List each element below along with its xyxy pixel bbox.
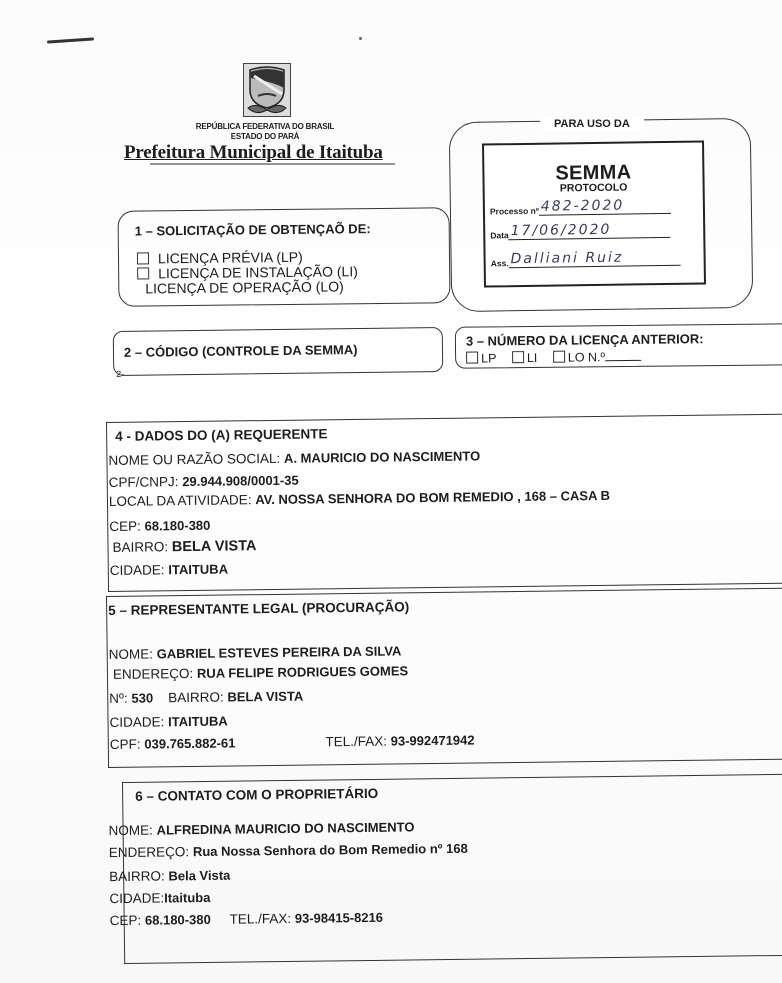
applicant-cidade: ITAITUBA [168, 562, 228, 578]
field-nome: NOME OU RAZÃO SOCIAL: A. MAURICIO DO NAS… [108, 448, 480, 468]
rep-cpf: 039.765.882-61 [144, 735, 235, 751]
rep-cpf-tel: CPF: 039.765.882-61TEL./FAX: 93-99247194… [110, 733, 475, 752]
section4-title: 4 - DADOS DO (A) REQUERENTE [115, 426, 327, 444]
section6-title: 6 – CONTATO COM O PROPRIETÁRIO [135, 786, 378, 804]
rep-cidade: CIDADE: ITAITUBA [109, 714, 227, 730]
owner-cep-tel: CEP: 68.180-380 TEL./FAX: 93-98415-8216 [110, 910, 383, 928]
owner-bairro: BAIRRO: Bela Vista [109, 868, 230, 884]
processo-label: Processo nº [490, 206, 539, 217]
field-cep: CEP: 68.180-380 [109, 518, 210, 534]
field-bairro: BAIRRO: BELA VISTA [112, 538, 256, 556]
municipal-crest-icon [243, 63, 291, 117]
owner-city: Itaituba [164, 890, 210, 906]
number-label: N.º [588, 350, 605, 364]
rep-number: 530 [131, 690, 153, 705]
owner-cidade: CIDADE:Itaituba [109, 890, 210, 906]
section3-title: 3 – NÚMERO DA LICENÇA ANTERIOR: [466, 331, 704, 348]
section-applicant: 4 - DADOS DO (A) REQUERENTE NOME OU RAZÃ… [106, 414, 782, 592]
signature-field: Ass.Dalliani Ruiz [491, 249, 681, 269]
protocol-title: PARA USO DA [540, 118, 644, 130]
rep-address: RUA FELIPE RODRIGUES GOMES [197, 663, 408, 681]
signature-value: Dalliani Ruiz [508, 249, 680, 268]
owner-name: ALFREDINA MAURICIO DO NASCIMENTO [157, 819, 415, 837]
applicant-cnpj: 29.944.908/0001-35 [182, 473, 299, 489]
dust-speck [359, 37, 362, 40]
prev-lp-label: LP [481, 351, 496, 365]
checkbox-prev-lo[interactable] [553, 351, 565, 363]
header-republic: REPÚBLICA FEDERATIVA DO BRASIL ESTADO DO… [150, 122, 380, 142]
checkbox-li[interactable] [137, 267, 149, 279]
semma-protocol-stamp: SEMMA PROTOCOLO Processo nº482-2020 Data… [482, 140, 706, 287]
rep-phone: 93-992471942 [391, 733, 475, 749]
owner-endereco: ENDEREÇO: Rua Nossa Senhora do Bom Remed… [109, 841, 468, 860]
prefecture-title: Prefeitura Municipal de Itaituba [124, 142, 383, 164]
prev-lo-label: LO [568, 350, 585, 364]
activity-location: AV. NOSSA SENHORA DO BOM REMEDIO , 168 –… [255, 488, 610, 507]
section-code: 2 – CÓDIGO (CONTROLE DA SEMMA) 2- [113, 327, 444, 376]
data-label: Data [490, 230, 509, 240]
option-lo: LICENÇA DE OPERAÇÃO (LO) [137, 279, 358, 296]
owner-address: Rua Nossa Senhora do Bom Remedio nº 168 [193, 841, 468, 859]
section2-title: 2 – CÓDIGO (CONTROLE DA SEMMA) [124, 342, 358, 360]
checkbox-prev-lp[interactable] [466, 352, 478, 364]
checkbox-lp[interactable] [137, 252, 149, 264]
owner-cep: 68.180-380 [145, 912, 211, 928]
struck-subtitle [150, 163, 395, 170]
section5-title: 5 – REPRESENTANTE LEGAL (PROCURAÇÃO) [108, 599, 409, 618]
field-local: LOCAL DA ATIVIDADE: AV. NOSSA SENHORA DO… [109, 488, 610, 509]
number-blank[interactable] [605, 360, 641, 361]
data-value: 17/06/2020 [509, 221, 671, 240]
republic-text: REPÚBLICA FEDERATIVA DO BRASIL [150, 122, 380, 132]
section-owner-contact: 6 – CONTATO COM O PROPRIETÁRIO NOME: ALF… [122, 774, 782, 964]
checkbox-prev-li[interactable] [512, 351, 524, 363]
owner-phone: 93-98415-8216 [295, 910, 383, 926]
ass-label: Ass. [491, 258, 509, 268]
applicant-cep: 68.180-380 [144, 518, 210, 534]
rep-bairro: BELA VISTA [227, 689, 303, 705]
owner-nome: NOME: ALFREDINA MAURICIO DO NASCIMENTO [109, 819, 415, 838]
section-legal-representative: 5 – REPRESENTANTE LEGAL (PROCURAÇÃO) NOM… [106, 588, 782, 768]
field-cidade: CIDADE: ITAITUBA [110, 562, 228, 578]
rep-numero-bairro: Nº: 530 BAIRRO: BELA VISTA [109, 689, 303, 706]
rep-nome: NOME: GABRIEL ESTEVES PEREIRA DA SILVA [109, 643, 402, 662]
rep-name: GABRIEL ESTEVES PEREIRA DA SILVA [157, 643, 402, 661]
field-cpf-cnpj: CPF/CNPJ: 29.944.908/0001-35 [109, 473, 299, 490]
applicant-bairro: BELA VISTA [172, 538, 257, 555]
data-field: Data17/06/2020 [490, 221, 671, 241]
prev-li-label: LI [527, 351, 538, 365]
section1-title: 1 – SOLICITAÇÃO DE OBTENÇAÕ DE: [135, 221, 371, 238]
owner-bairro-value: Bela Vista [168, 868, 230, 884]
processo-field: Processo nº482-2020 [490, 197, 671, 217]
processo-value: 482-2020 [539, 197, 671, 216]
rep-city: ITAITUBA [168, 714, 228, 730]
section-previous-license: 3 – NÚMERO DA LICENÇA ANTERIOR: LP LI LO… [455, 323, 782, 369]
state-text: ESTADO DO PARÁ [150, 132, 380, 142]
option-lo-label: LICENÇA DE OPERAÇÃO (LO) [145, 278, 344, 296]
code-value: 2- [116, 369, 124, 379]
section-request-type: 1 – SOLICITAÇÃO DE OBTENÇAÕ DE: LICENÇA … [118, 207, 451, 306]
protocol-label: PROTOCOLO [485, 180, 703, 195]
rep-endereco: ENDEREÇO: RUA FELIPE RODRIGUES GOMES [113, 663, 408, 682]
applicant-name: A. MAURICIO DO NASCIMENTO [284, 448, 480, 465]
